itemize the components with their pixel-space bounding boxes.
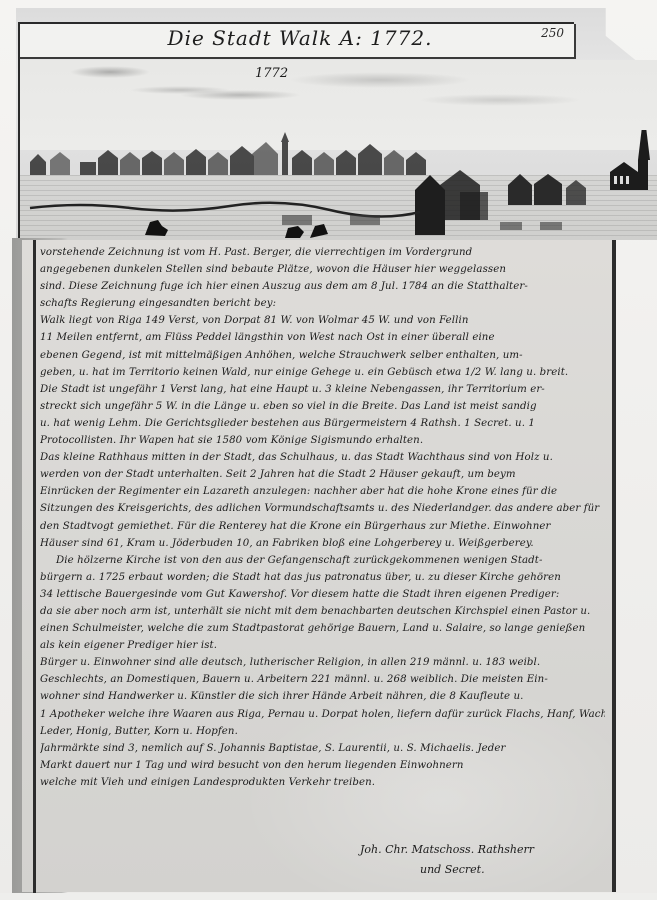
manuscript-line: angegebenen dunkelen Stellen sind bebaut… [40,261,605,278]
manuscript-line: welche mit Vieh und einigen Landesproduk… [40,774,605,791]
manuscript-line: 34 lettische Bauergesinde vom Gut Kawers… [40,586,605,603]
manuscript-text: vorstehende Zeichnung ist vom H. Past. B… [40,244,605,791]
building-cluster-icon [415,170,488,235]
river-line [30,203,420,217]
manuscript-line: Markt dauert nur 1 Tag und wird besucht … [40,757,605,774]
manuscript-line: vorstehende Zeichnung ist vom H. Past. B… [40,244,605,261]
manuscript-line: Die hölzerne Kirche ist von den aus der … [40,552,605,569]
manuscript-line: Bürger u. Einwohner sind alle deutsch, l… [40,654,605,671]
manuscript-line: bürgern a. 1725 erbaut worden; die Stadt… [40,569,605,586]
manuscript-line: schafts Regierung eingesandten bericht b… [40,295,605,312]
manuscript-line: den Stadtvogt gemiethet. Für die Rentere… [40,518,605,535]
manuscript-line: werden von der Stadt unterhalten. Seit 2… [40,466,605,483]
engraving-year: 1772 [255,66,288,81]
right-houses-icon [508,174,586,205]
manuscript-line: Protocollisten. Ihr Wapen hat sie 1580 v… [40,432,605,449]
manuscript-line: 1 Apotheker welche ihre Waaren aus Riga,… [40,706,605,723]
manuscript-line: Das kleine Rathhaus mitten in der Stadt,… [40,449,605,466]
church-spire-icon [610,130,650,190]
manuscript-line: u. hat wenig Lehm. Die Gerichtsglieder b… [40,415,605,432]
signature-role: und Secret. [360,860,600,880]
manuscript-left-border [33,240,36,895]
manuscript-line: Sitzungen des Kreisgerichts, des adliche… [40,500,605,517]
manuscript-line: da sie aber noch arm ist, unterhält sie … [40,603,605,620]
manuscript-line: sind. Diese Zeichnung fuge ich hier eine… [40,278,605,295]
manuscript-line: Leder, Honig, Butter, Korn u. Hopfen. [40,723,605,740]
signature-name: Joh. Chr. Matschoss. Rathsherr [360,840,600,860]
manuscript-line: Die Stadt ist ungefähr 1 Verst lang, hat… [40,381,605,398]
townscape-illustration [20,130,657,240]
manuscript-line: Häuser sind 61, Kram u. Jöderbuden 10, a… [40,535,605,552]
manuscript-line: einen Schulmeister, welche die zum Stadt… [40,620,605,637]
bottom-margin [0,893,657,900]
engraving-title: Die Stadt Walk A: 1772. [130,26,470,50]
manuscript-line: als kein eigener Prediger hier ist. [40,637,605,654]
manuscript-line: 11 Meilen entfernt, am Flüss Peddel läng… [40,329,605,346]
manuscript-line: Walk liegt von Riga 149 Verst, von Dorpa… [40,312,605,329]
engraving-title-band: Die Stadt Walk A: 1772. 250 [20,24,576,59]
manuscript-line: Geschlechts, an Domestiquen, Bauern u. A… [40,671,605,688]
page-number: 250 [541,26,564,40]
manuscript-line: Einrücken der Regimenter ein Lazareth an… [40,483,605,500]
signature-block: Joh. Chr. Matschoss. Rathsherr und Secre… [360,840,600,880]
manuscript-line: streckt sich ungefähr 5 W. in die Länge … [40,398,605,415]
manuscript-line: Jahrmärkte sind 3, nemlich auf S. Johann… [40,740,605,757]
manuscript-line: wohner sind Handwerker u. Künstler die s… [40,688,605,705]
house-row-icon [30,132,426,175]
manuscript-line: ebenen Gegend, ist mit mittelmäßigen Anh… [40,347,605,364]
manuscript-line: geben, u. hat im Territorio keinen Wald,… [40,364,605,381]
